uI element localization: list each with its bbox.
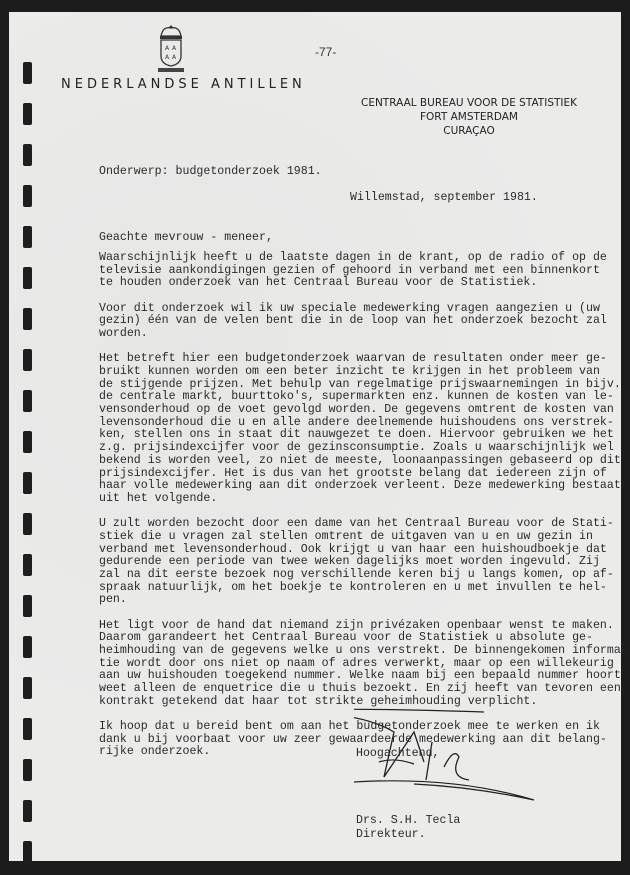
signature-icon [354,702,554,822]
punch-hole [23,513,32,535]
punch-holes [9,12,49,861]
paragraph: Waarschijnlijk heeft u de laatste dagen … [99,252,569,290]
signer-block: Drs. S.H. Tecla Direkteur. [356,814,460,842]
paragraph: U zult worden bezocht door een dame van … [99,518,569,607]
signer-name: Drs. S.H. Tecla [356,814,460,828]
punch-hole [23,595,32,617]
punch-hole [23,308,32,330]
punch-hole [23,390,32,412]
punch-hole [23,431,32,453]
org-location: FORT AMSTERDAM [349,110,589,124]
punch-hole [23,554,32,576]
paragraph: Het ligt voor de hand dat niemand zijn p… [99,620,569,709]
punch-hole [23,759,32,781]
page-number: -77- [315,45,336,59]
svg-text:A: A [172,45,177,52]
punch-hole [23,718,32,740]
punch-hole [23,636,32,658]
punch-hole [23,226,32,248]
organization-address: CENTRAAL BUREAU VOOR DE STATISTIEK FORT … [349,96,589,138]
country-heading: NEDERLANDSE ANTILLEN [61,77,306,92]
punch-hole [23,677,32,699]
paragraph: Het betreft hier een budgetonderzoek waa… [99,353,569,505]
letter-date: Willemstad, september 1981. [350,191,538,204]
punch-hole [23,800,32,822]
salutation: Geachte mevrouw - meneer, [99,231,273,244]
paragraph: Voor dit onderzoek wil ik uw speciale me… [99,303,569,341]
punch-hole [23,349,32,371]
punch-hole [23,472,32,494]
punch-hole [23,103,32,125]
org-name: CENTRAAL BUREAU VOOR DE STATISTIEK [349,96,589,110]
subject-line: Onderwerp: budgetonderzoek 1981. [99,165,322,178]
punch-hole [23,267,32,289]
svg-text:A: A [172,54,177,61]
punch-hole [23,144,32,166]
svg-text:A: A [165,54,170,61]
org-city: CURAÇAO [349,124,589,138]
coat-of-arms-icon: A A A A [153,24,189,74]
letter-body: Waarschijnlijk heeft u de laatste dagen … [99,252,569,772]
svg-text:A: A [165,45,170,52]
punch-hole [23,62,32,84]
signer-title: Direkteur. [356,828,460,842]
letter-page: A A A A -77- NEDERLANDSE ANTILLEN CENTRA… [9,12,621,861]
punch-hole [23,185,32,207]
punch-hole [23,841,32,863]
